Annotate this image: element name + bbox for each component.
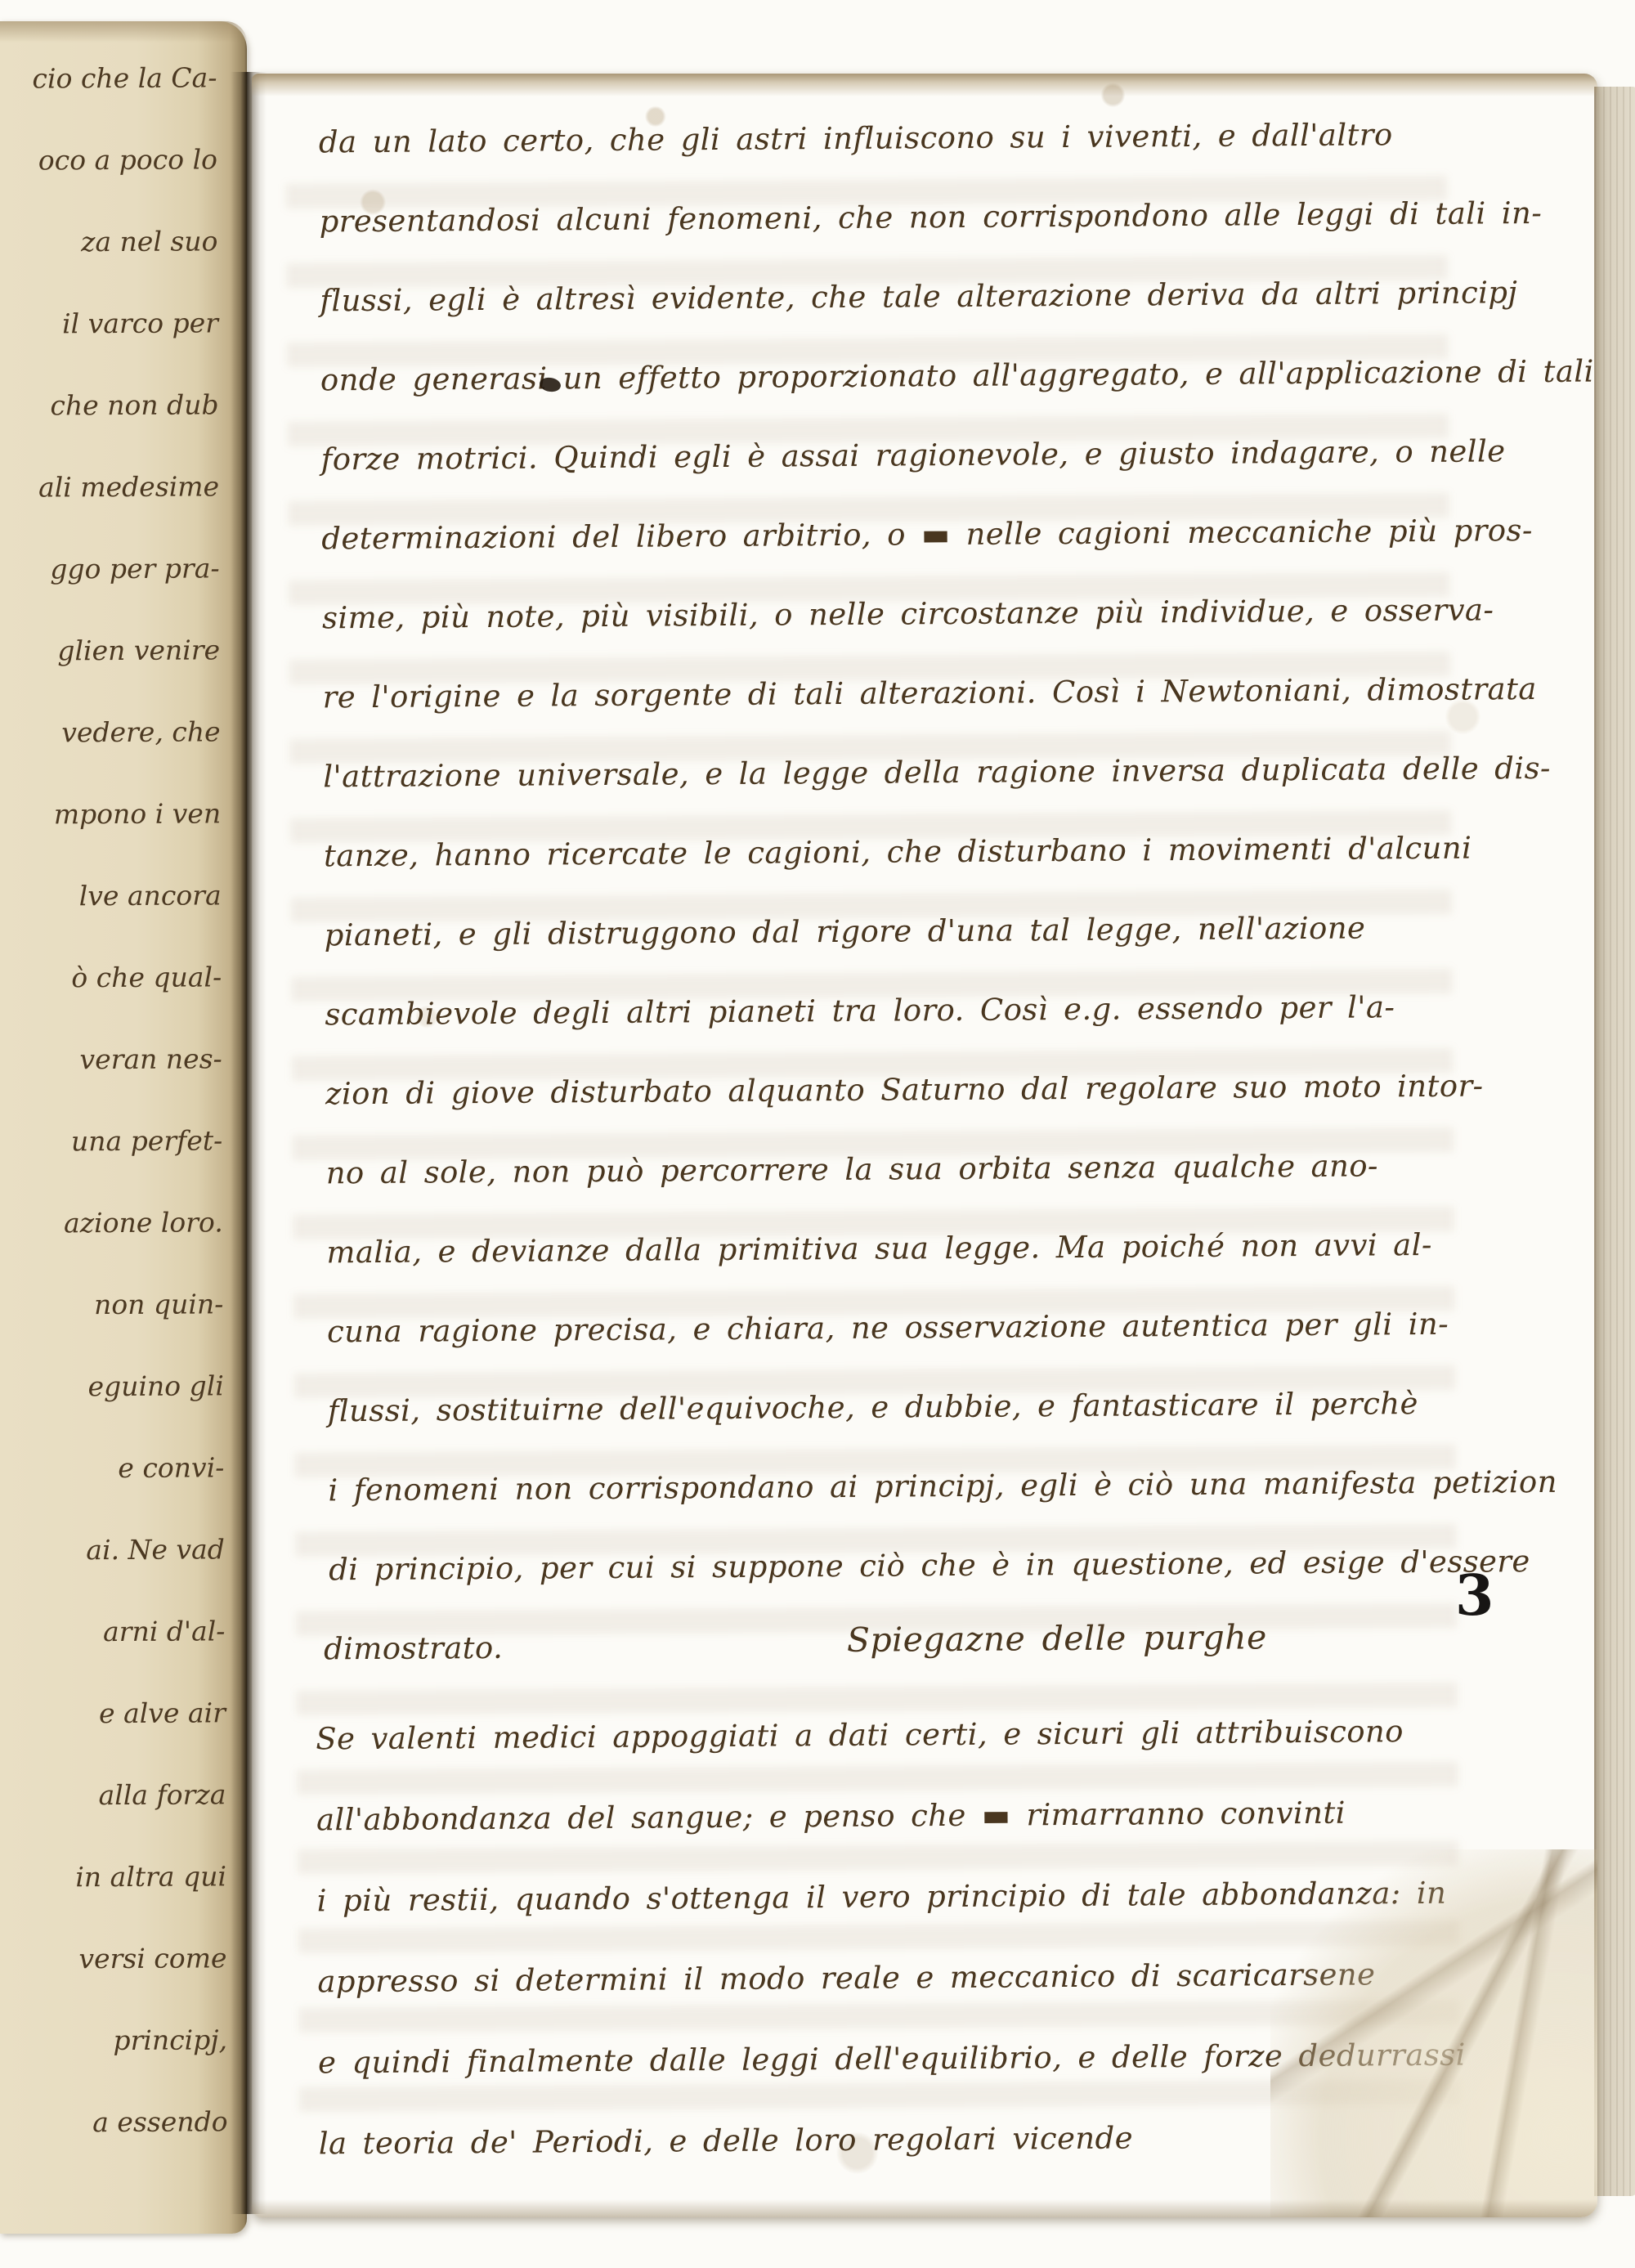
- manuscript-line: Se valenti medici appoggiati a dati cert…: [316, 1690, 1582, 1780]
- manuscript-line: cuna ragione precisa, e chiara, ne osser…: [327, 1284, 1587, 1372]
- manuscript-line: malia, e devianze dalla primitiva sua le…: [326, 1204, 1586, 1293]
- manuscript-line: flussi, sostituirne dell'equivoche, e du…: [327, 1363, 1587, 1451]
- manuscript-line-fragment: glien venire: [16, 609, 221, 692]
- manuscript-line: zion di giove disturbato alquanto Saturn…: [325, 1046, 1585, 1134]
- manuscript-line-fragment: za nel suo: [13, 200, 218, 283]
- previous-page-text-fragments: cio che la Ca-oco a poco loza nel suoil …: [12, 37, 228, 2163]
- manuscript-line-fragment: ali medesime: [15, 446, 220, 528]
- page-stack-fore-edge: [1594, 87, 1635, 2196]
- paragraph-1: da un lato certo, che gli astri influisc…: [319, 94, 1588, 1610]
- manuscript-line: determinazioni del libero arbitrio, o ▬ …: [321, 491, 1581, 579]
- manuscript-line: all'abbondanza del sangue; e penso che ▬…: [316, 1771, 1583, 1861]
- section-heading: Spiegazne delle purghe: [847, 1598, 1267, 1680]
- manuscript-line: scambievole degli altri pianeti tra loro…: [325, 966, 1584, 1055]
- manuscript-line-fragment: ò che qual-: [17, 936, 222, 1019]
- manuscript-line-fragment: arni d'al-: [20, 1590, 226, 1673]
- manuscript-page: da un lato certo, che gli astri influisc…: [252, 74, 1597, 2217]
- manuscript-line-fragment: alla forza: [21, 1754, 226, 1836]
- manuscript-line: presentandosi alcuni fenomeni, che non c…: [319, 173, 1579, 262]
- manuscript-line-fragment: principj,: [23, 1999, 228, 2082]
- manuscript-line-fragment: il varco per: [14, 282, 219, 365]
- manuscript-scan: cio che la Ca-oco a poco loza nel suoil …: [0, 0, 1635, 2268]
- manuscript-line-fragment: oco a poco lo: [13, 119, 218, 201]
- manuscript-line-fragment: e convi-: [20, 1427, 225, 1509]
- manuscript-line-fragment: una perfet-: [18, 1100, 223, 1182]
- manuscript-line-fragment: e alve air: [21, 1672, 226, 1755]
- manuscript-line: da un lato certo, che gli astri influisc…: [319, 94, 1579, 182]
- manuscript-line: onde generasi un effetto proporzionato a…: [320, 332, 1580, 420]
- manuscript-line: no al sole, non può percorrere la sua or…: [325, 1125, 1585, 1213]
- paragraph-1-last-word: dimostrato.: [324, 1630, 503, 1667]
- manuscript-line: sime, più note, più visibili, o nelle ci…: [322, 570, 1582, 658]
- heading-row: dimostrato. Spiegazne delle purghe: [324, 1601, 1583, 1689]
- manuscript-line-fragment: a essendo: [23, 2081, 228, 2163]
- manuscript-line-fragment: azione loro.: [19, 1181, 224, 1264]
- manuscript-line-fragment: non quin-: [19, 1263, 224, 1346]
- manuscript-line-fragment: veran nes-: [17, 1018, 222, 1100]
- manuscript-line: forze motrici. Quindi egli è assai ragio…: [320, 411, 1580, 500]
- manuscript-line: di principio, per cui si suppone ciò che…: [329, 1522, 1588, 1610]
- manuscript-line: flussi, egli è altresì evidente, che tal…: [320, 253, 1579, 341]
- manuscript-line-fragment: eguino gli: [20, 1345, 225, 1428]
- manuscript-line-fragment: mpono i ven: [16, 773, 222, 855]
- manuscript-line-fragment: cio che la Ca-: [12, 37, 217, 119]
- manuscript-line-fragment: ggo per pra-: [15, 527, 220, 610]
- manuscript-line: l'attrazione universale, e la legge dell…: [323, 728, 1583, 817]
- page-number: 3: [1455, 1563, 1494, 1629]
- manuscript-line-fragment: lve ancora: [16, 854, 222, 937]
- previous-page-edge: cio che la Ca-oco a poco loza nel suoil …: [0, 21, 247, 2234]
- manuscript-line: re l'origine e la sorgente di tali alter…: [322, 649, 1582, 737]
- manuscript-line-fragment: in altra qui: [22, 1835, 227, 1918]
- manuscript-line: tanze, hanno ricercate le cagioni, che d…: [324, 808, 1583, 896]
- manuscript-line: i fenomeni non corrispondano ai principj…: [328, 1442, 1588, 1531]
- manuscript-line-fragment: ai. Ne vad: [20, 1508, 226, 1591]
- manuscript-line: pianeti, e gli distruggono dal rigore d'…: [324, 887, 1583, 975]
- folded-corner-crease: [1270, 1849, 1597, 2217]
- manuscript-line-fragment: versi come: [22, 1917, 227, 2000]
- manuscript-line-fragment: che non dub: [14, 364, 219, 446]
- manuscript-line-fragment: vedere, che: [16, 691, 221, 773]
